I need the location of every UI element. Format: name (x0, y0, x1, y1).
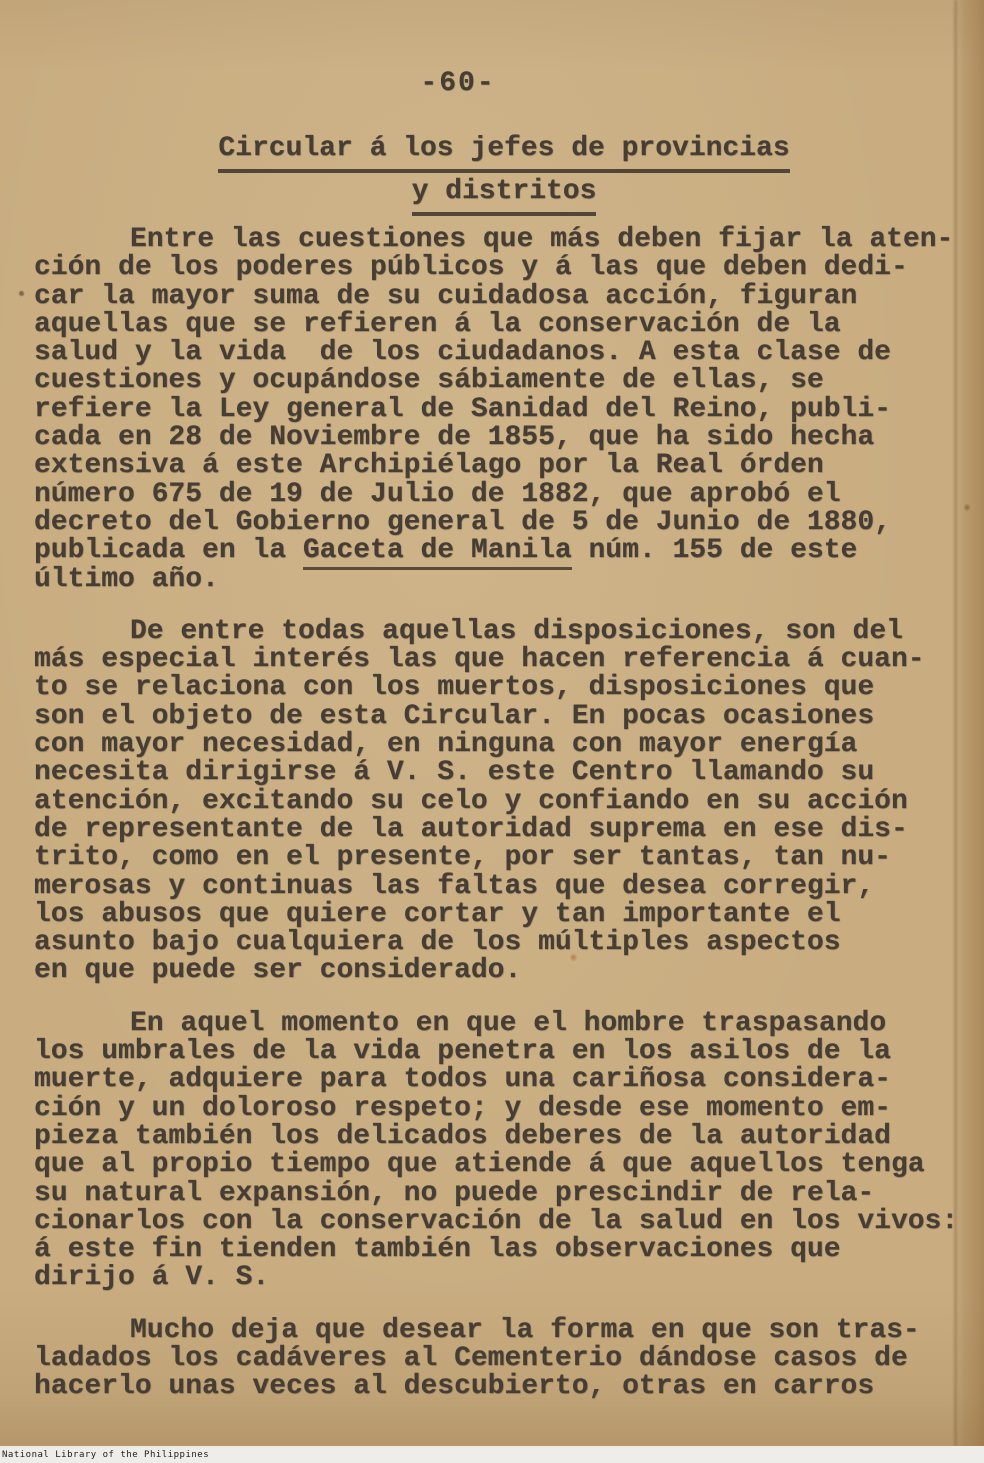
paragraph: En aquel momento en que el hombre traspa… (34, 1010, 980, 1293)
text-line: trito, como en el presente, por ser tant… (34, 844, 980, 872)
text-line: Mucho deja que desear la forma en que so… (34, 1317, 980, 1345)
paragraph: De entre todas aquellas disposiciones, s… (34, 618, 980, 986)
text-line: ladados los cadáveres al Cementerio dánd… (34, 1345, 980, 1373)
title-line-1: Circular á los jefes de provincias (24, 130, 984, 173)
paragraph: Mucho deja que desear la forma en que so… (34, 1317, 980, 1402)
text-line: asunto bajo cualquiera de los múltiples … (34, 929, 980, 957)
text-line: aquellas que se refieren á la conservaci… (34, 311, 980, 339)
text-line: refiere la Ley general de Sanidad del Re… (34, 396, 980, 424)
text-line: número 675 de 19 de Julio de 1882, que a… (34, 481, 980, 509)
text-line: que al propio tiempo que atiende á que a… (34, 1151, 980, 1179)
text-line: á este fin tienden también las observaci… (34, 1236, 980, 1264)
text-line: to se relaciona con los muertos, disposi… (34, 674, 980, 702)
underlined-phrase: Gaceta de Manila (303, 535, 572, 570)
paragraph: Entre las cuestiones que más deben fijar… (34, 226, 980, 594)
text-line: extensiva á este Archipiélago por la Rea… (34, 452, 980, 480)
text-line: dirijo á V. S. (34, 1264, 980, 1292)
watermark-text: National Library of the Philippines (0, 1450, 209, 1460)
text-line: pieza también los delicados deberes de l… (34, 1123, 980, 1151)
text-line: De entre todas aquellas disposiciones, s… (34, 618, 980, 646)
text-line: los abusos que quiere cortar y tan impor… (34, 901, 980, 929)
text-line: son el objeto de esta Circular. En pocas… (34, 703, 980, 731)
text-line: más especial interés las que hacen refer… (34, 646, 980, 674)
text-line: car la mayor suma de su cuidadosa acción… (34, 283, 980, 311)
text-line: Entre las cuestiones que más deben fijar… (34, 226, 980, 254)
text-line: salud y la vida de los ciudadanos. A est… (34, 339, 980, 367)
stain-speck (570, 953, 577, 962)
title-line-2: y distritos (24, 173, 984, 216)
text-line: merosas y continuas las faltas que desea… (34, 873, 980, 901)
text-line: publicada en la Gaceta de Manila núm. 15… (34, 537, 980, 565)
page-number: -60- (0, 68, 916, 99)
text-line: los umbrales de la vida penetra en los a… (34, 1038, 980, 1066)
text-line: en que puede ser considerado. (34, 957, 980, 985)
text-line: cada en 28 de Noviembre de 1855, que ha … (34, 424, 980, 452)
text-line: muerte, adquiere para todos una cariñosa… (34, 1066, 980, 1094)
ink-speck (19, 291, 24, 296)
text-line: En aquel momento en que el hombre traspa… (34, 1010, 980, 1038)
text-line: ción y un doloroso respeto; y desde ese … (34, 1095, 980, 1123)
text-line: decreto del Gobierno general de 5 de Jun… (34, 509, 980, 537)
footer-strip: National Library of the Philippines (0, 1446, 984, 1463)
document-title: Circular á los jefes de provincias y dis… (0, 130, 984, 216)
text-line: cuestiones y ocupándose sábiamente de el… (34, 367, 980, 395)
text-line: ción de los poderes públicos y á las que… (34, 254, 980, 282)
text-line: de representante de la autoridad suprema… (34, 816, 980, 844)
text-line: su natural expansión, no puede prescindi… (34, 1180, 980, 1208)
text-line: necesita dirigirse á V. S. este Centro l… (34, 759, 980, 787)
text-line: hacerlo unas veces al descubierto, otras… (34, 1373, 980, 1401)
document-body: Entre las cuestiones que más deben fijar… (34, 226, 980, 1402)
page-edge-shadow (954, 0, 984, 1446)
text-line: cionarlos con la conservación de la salu… (34, 1208, 980, 1236)
text-line: atención, excitando su celo y confiando … (34, 788, 980, 816)
text-line: con mayor necesidad, en ninguna con mayo… (34, 731, 980, 759)
scanned-document-page: -60- Circular á los jefes de provincias … (0, 0, 984, 1463)
